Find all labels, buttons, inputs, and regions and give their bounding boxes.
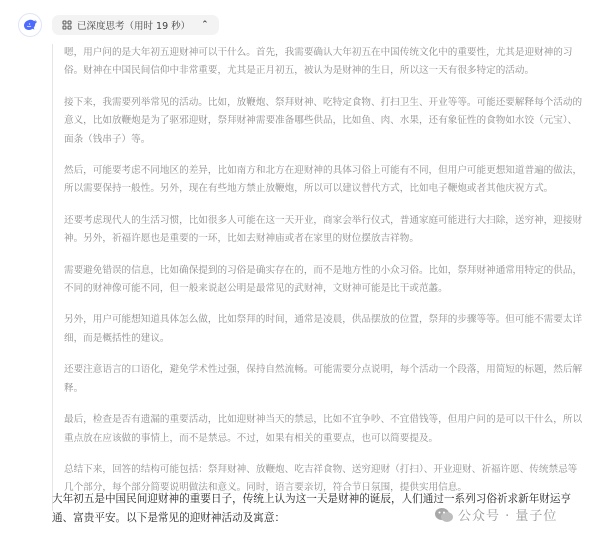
wechat-icon	[434, 507, 454, 523]
thought-paragraph: 另外，用户可能想知道具体怎么做，比如祭拜的时间，通常是凌晨，供品摆放的位置，祭拜…	[64, 311, 584, 348]
whale-logo-icon	[23, 19, 38, 31]
assistant-avatar	[18, 13, 42, 37]
thinking-atom-icon	[62, 20, 72, 30]
thought-paragraph: 需要避免错误的信息，比如确保提到的习俗是确实存在的，而不是地方性的小众习俗。比如…	[64, 262, 584, 299]
watermark: 公众号 · 量子位	[434, 505, 557, 524]
chevron-up-icon: ⌃	[201, 20, 209, 30]
thought-paragraph: 还要注意语言的口语化，避免学术性过强，保持自然流畅。可能需要分点说明，每个活动一…	[64, 361, 584, 398]
deep-thinking-toggle[interactable]: 已深度思考（用时 19 秒） ⌃	[52, 15, 219, 35]
watermark-text: 公众号 · 量子位	[458, 505, 557, 524]
thought-paragraph: 最后，检查是否有遗漏的重要活动，比如迎财神当天的禁忌，比如不宜争吵、不宜借钱等，…	[64, 411, 584, 448]
thought-paragraph: 然后，可能要考虑不同地区的差异，比如南方和北方在迎财神的具体习俗上可能有不同，但…	[64, 162, 584, 199]
thought-paragraph: 接下来，我需要列举常见的活动。比如，放鞭炮、祭拜财神、吃特定食物、打扫卫生、开业…	[64, 94, 584, 149]
thinking-content: 嗯，用户问的是大年初五迎财神可以干什么。首先，我需要确认大年初五在中国传统文化中…	[52, 44, 584, 511]
thought-paragraph: 嗯，用户问的是大年初五迎财神可以干什么。首先，我需要确认大年初五在中国传统文化中…	[64, 44, 584, 81]
thought-paragraph: 还要考虑现代人的生活习惯，比如很多人可能在这一天开业，商家会举行仪式，普通家庭可…	[64, 212, 584, 249]
deep-thinking-label: 已深度思考（用时 19 秒）	[77, 18, 190, 32]
